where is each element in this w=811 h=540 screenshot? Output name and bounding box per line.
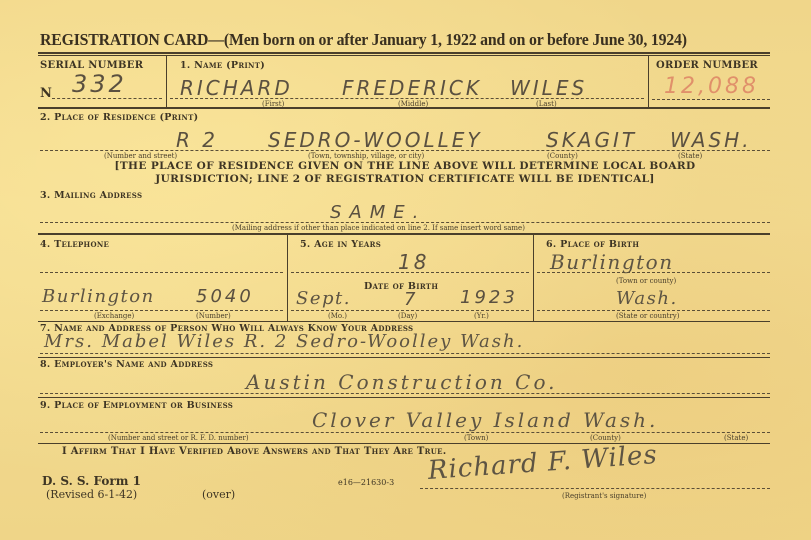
dob-day: 7 <box>404 289 418 310</box>
birthplace-state-caption: (State or country) <box>616 312 679 320</box>
residence-notice-2: JURISDICTION; LINE 2 OF REGISTRATION CER… <box>40 173 770 185</box>
dob-line <box>291 310 529 311</box>
row-rule <box>38 233 770 235</box>
dob-label: Date of Birth <box>364 281 438 292</box>
telephone-number: 5040 <box>196 286 254 307</box>
birthplace-line-1 <box>537 272 770 273</box>
row-rule <box>38 357 770 358</box>
mailing-line <box>40 222 770 223</box>
day-caption: (Day) <box>398 312 417 320</box>
age-line <box>291 272 529 273</box>
county-caption: (County) <box>547 152 578 160</box>
serial-prefix: N <box>40 86 52 101</box>
contact-line <box>40 353 770 354</box>
row-rule <box>38 443 770 444</box>
employment-place-label: 9. Place of Employment or Business <box>40 400 233 411</box>
name-label: 1. Name (Print) <box>180 60 265 71</box>
affirmation-text: I Affirm That I Have Verified Above Answ… <box>62 446 447 457</box>
residence-county: SKAGIT <box>546 128 637 152</box>
registrant-signature: Richard F. Wiles <box>427 440 659 486</box>
age-value: 18 <box>398 250 429 274</box>
mailing-caption: (Mailing address if other than place ind… <box>232 224 525 232</box>
residence-notice-1: [THE PLACE OF RESIDENCE GIVEN ON THE LIN… <box>40 160 770 172</box>
row-rule <box>38 321 770 322</box>
month-caption: (Mo.) <box>328 312 347 320</box>
divider <box>533 235 534 321</box>
employment-town-caption: (Town) <box>464 434 488 442</box>
order-number-label: ORDER NUMBER <box>656 60 758 71</box>
divider <box>166 55 167 107</box>
employment-place-value: Clover Valley Island Wash. <box>312 408 658 432</box>
name-last: WILES <box>510 76 587 100</box>
telephone-label: 4. Telephone <box>40 239 109 250</box>
telephone-line-2 <box>40 310 283 311</box>
registration-card: REGISTRATION CARD—(Men born on or after … <box>0 0 811 540</box>
state-caption: (State) <box>678 152 702 160</box>
employer-label: 8. Employer's Name and Address <box>40 359 213 370</box>
name-line <box>170 98 644 99</box>
employment-county-caption: (County) <box>590 434 621 442</box>
order-line <box>652 99 770 100</box>
row-rule <box>38 397 770 398</box>
form-revision: (Revised 6-1-42) <box>46 488 137 501</box>
residence-street: R 2 <box>176 128 218 152</box>
form-name: D. S. S. Form 1 <box>42 474 141 488</box>
serial-line <box>52 98 162 99</box>
serial-number-value: 332 <box>72 70 127 98</box>
name-middle: FREDERICK <box>342 76 482 100</box>
divider <box>648 55 649 107</box>
birthplace-label: 6. Place of Birth <box>546 239 639 250</box>
birthplace-town: Burlington <box>550 250 674 274</box>
signature-caption: (Registrant's signature) <box>562 492 646 500</box>
number-caption: (Number) <box>196 312 231 320</box>
title-rule-2 <box>38 55 770 56</box>
employer-value: Austin Construction Co. <box>246 370 558 394</box>
street-caption: (Number and street) <box>104 152 177 160</box>
employment-line <box>40 432 770 433</box>
birthplace-state: Wash. <box>616 288 678 309</box>
name-first: RICHARD <box>180 76 293 100</box>
employer-line <box>40 393 770 394</box>
dob-year: 1923 <box>460 287 518 308</box>
contact-person-value: Mrs. Mabel Wiles R. 2 Sedro-Woolley Wash… <box>44 331 524 352</box>
age-label: 5. Age in Years <box>300 239 381 250</box>
residence-town: SEDRO-WOOLLEY <box>268 128 483 152</box>
residence-state: WASH. <box>670 128 752 152</box>
mailing-label: 3. Mailing Address <box>40 190 142 201</box>
residence-label: 2. Place of Residence (Print) <box>40 112 198 123</box>
order-number-value: 12,088 <box>664 74 759 99</box>
card-title: REGISTRATION CARD—(Men born on or after … <box>40 30 687 50</box>
employment-state-caption: (State) <box>724 434 748 442</box>
year-caption: (Yr.) <box>474 312 489 320</box>
mailing-value: SAME. <box>330 202 426 223</box>
title-rule <box>38 52 770 54</box>
telephone-line-1 <box>40 272 283 273</box>
town-caption: (Town, township, village, or city) <box>308 152 424 160</box>
divider <box>287 235 288 321</box>
row-rule <box>38 107 770 109</box>
employment-street-caption: (Number and street or R. F. D. number) <box>108 434 249 442</box>
over-note: (over) <box>202 488 235 501</box>
print-code: e16—21630-3 <box>338 478 394 487</box>
exchange-caption: (Exchange) <box>94 312 134 320</box>
signature-line <box>420 488 770 489</box>
birthplace-line-2 <box>537 310 770 311</box>
telephone-exchange: Burlington <box>42 286 155 307</box>
residence-line <box>40 150 770 151</box>
birthplace-town-caption: (Town or county) <box>616 277 676 285</box>
dob-month: Sept. <box>296 288 351 309</box>
